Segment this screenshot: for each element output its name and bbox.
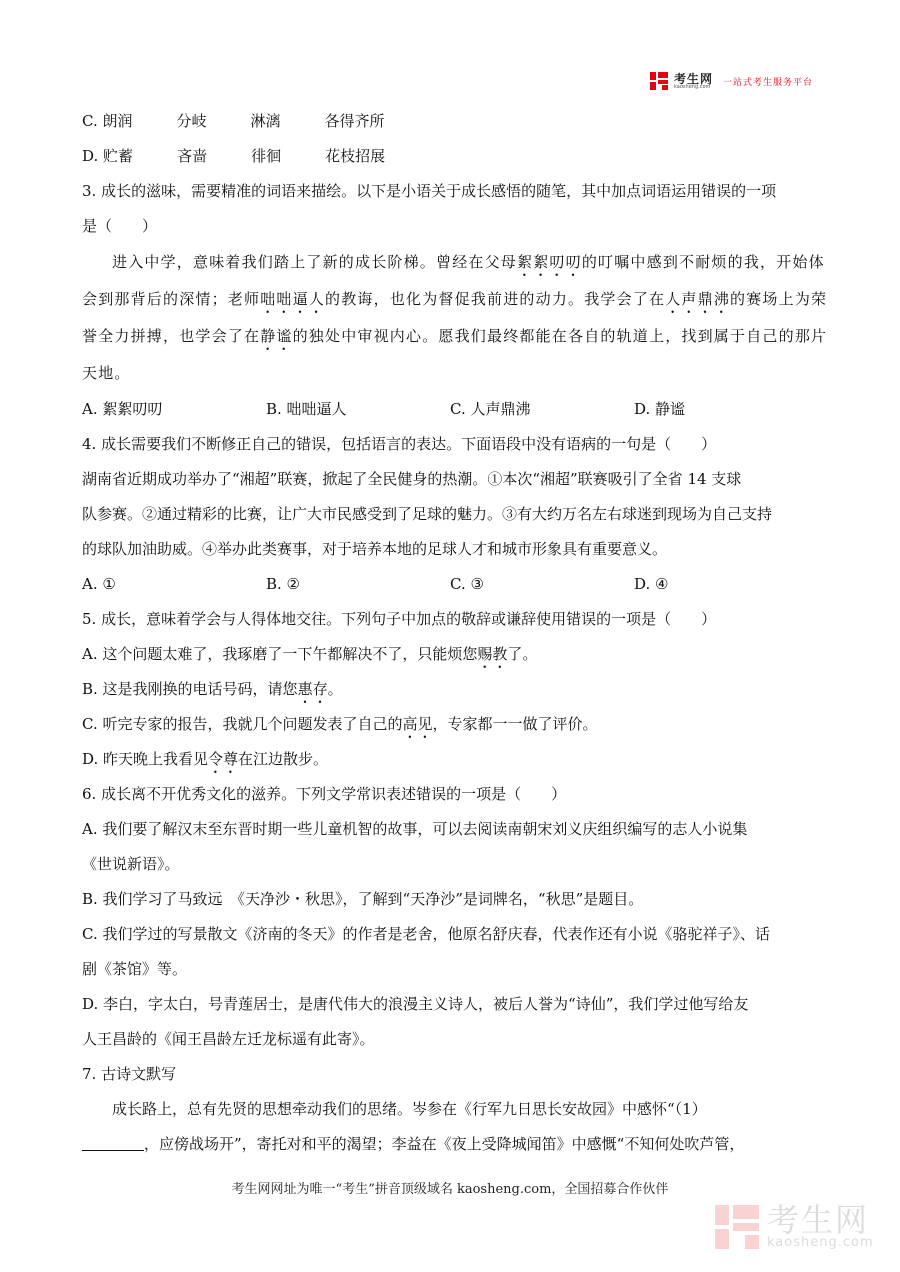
q6-option-d: D. 李白，字太白，号青莲居士，是唐代伟大的浪漫主义诗人，被后人誉为“诗仙”，我… <box>82 987 822 1022</box>
option-a: A. ① <box>82 567 266 602</box>
watermark-name: 考生网 <box>767 1204 874 1236</box>
q2-option-c: C. 朗润分岐淋漓各得齐所 <box>82 104 822 139</box>
dotted-word: 人声鼎沸 <box>665 290 730 308</box>
q3-stem: 3. 成长的滋味，需要精准的词语来描绘。以下是小语关于成长感悟的随笔，其中加点词… <box>82 174 822 209</box>
option-d: D. ④ <box>634 567 818 602</box>
q5-stem: 5. 成长，意味着学会与人得体地交往。下列句子中加点的敬辞或谦辞使用错误的一项是… <box>82 602 822 637</box>
q5-option-d: D. 昨天晚上我看见令尊在江边散步。 <box>82 742 822 777</box>
option-word: 花枝招展 <box>325 147 385 165</box>
q3-passage-line: 誉全力拼搏，也学会了在静谧的独处中审视内心。愿我们最终都能在各自的轨道上，找到属… <box>82 318 822 355</box>
q6-option-a: A. 我们要了解汉末至东晋时期一些儿童机智的故事，可以去阅读南朝宋刘义庆组织编写… <box>82 812 822 847</box>
dotted-word: 絮絮叨叨 <box>517 253 582 271</box>
q6-stem: 6. 成长离不开优秀文化的滋养。下列文学常识表述错误的一项是（ ） <box>82 777 822 812</box>
option-text: ，专家都一一做了评价。 <box>433 715 598 733</box>
option-text: C. 听完专家的报告，我就几个问题发表了自己的 <box>82 715 402 733</box>
watermark-domain: kaosheng.com <box>767 1236 874 1249</box>
passage-text: 的教诲，也化为督促我前进的动力。我学会了在 <box>325 290 665 308</box>
option-word: 贮蓄 <box>103 147 133 165</box>
q3-stem-cont: 是（ ） <box>82 209 822 244</box>
q6-option-c-cont: 剧《茶馆》等。 <box>82 952 822 987</box>
exam-content: C. 朗润分岐淋漓各得齐所 D. 贮蓄吝啬徘徊花枝招展 3. 成长的滋味，需要精… <box>82 104 822 1162</box>
passage-text: 的赛场上为荣 <box>730 290 827 308</box>
kaosheng-logo-icon <box>650 72 668 90</box>
option-b: B. ② <box>266 567 450 602</box>
dotted-word: 赐教 <box>477 645 507 663</box>
logo-text: 考生网 kaosheng.com <box>674 73 713 90</box>
q4-options: A. ① B. ② C. ③ D. ④ <box>82 567 822 602</box>
option-text: 在江边散步。 <box>238 750 328 768</box>
q6-option-d-cont: 人王昌龄的《闻王昌龄左迁龙标遥有此寄》。 <box>82 1022 822 1057</box>
q7-text: ，应傍战场开”，寄托对和平的渴望；李益在《夜上受降城闻笛》中感慨“不知何处吹芦管… <box>144 1135 744 1153</box>
q7-text-line: 成长路上，总有先贤的思想牵动我们的思绪。岑参在《行军九日思长安故园》中感怀“（1… <box>82 1092 822 1127</box>
option-word: 吝啬 <box>177 147 207 165</box>
q7-text-line: ，应傍战场开”，寄托对和平的渴望；李益在《夜上受降城闻笛》中感慨“不知何处吹芦管… <box>82 1127 822 1162</box>
passage-text: 的叮嘱中感到不耐烦的我，开始体 <box>582 253 825 271</box>
q5-option-b: B. 这是我刚换的电话号码，请您惠存。 <box>82 672 822 707</box>
passage-text: 进入中学，意味着我们踏上了新的成长阶梯。曾经在父母 <box>112 253 517 271</box>
passage-text: 的独处中审视内心。愿我们最终都能在各自的轨道上，找到属于自己的那片 <box>293 327 828 345</box>
dotted-word: 高见 <box>402 715 432 733</box>
option-word: 分岐 <box>177 112 207 130</box>
option-word: 徘徊 <box>251 147 281 165</box>
passage-text: 誉全力拼搏，也学会了在 <box>82 327 260 345</box>
q4-paragraph-line: 的球队加油助威。④举办此类赛事，对于培养本地的足球人才和城市形象具有重要意义。 <box>82 532 822 567</box>
option-text: A. 这个问题太难了，我琢磨了一下午都解决不了，只能烦您 <box>82 645 477 663</box>
q3-options: A. 絮絮叨叨 B. 咄咄逼人 C. 人声鼎沸 D. 静谧 <box>82 392 822 427</box>
option-text: D. 昨天晚上我看见 <box>82 750 208 768</box>
dotted-word: 惠存 <box>298 680 328 698</box>
q3-passage-line: 会到那背后的深情；老师咄咄逼人的教诲，也化为督促我前进的动力。我学会了在人声鼎沸… <box>82 281 822 318</box>
option-text: 了。 <box>507 645 537 663</box>
option-word: 各得齐所 <box>325 112 385 130</box>
kaosheng-watermark-icon <box>715 1205 759 1249</box>
option-b: B. 咄咄逼人 <box>266 392 450 427</box>
option-word: 淋漓 <box>251 112 281 130</box>
q6-option-a-cont: 《世说新语》。 <box>82 847 822 882</box>
q6-option-c: C. 我们学过的写景散文《济南的冬天》的作者是老舍，他原名舒庆春，代表作还有小说… <box>82 917 822 952</box>
watermark-text: 考生网 kaosheng.com <box>767 1204 874 1249</box>
q3-passage-line: 进入中学，意味着我们踏上了新的成长阶梯。曾经在父母絮絮叨叨的叮嘱中感到不耐烦的我… <box>82 244 822 281</box>
option-a: A. 絮絮叨叨 <box>82 392 266 427</box>
logo-domain: kaosheng.com <box>674 85 713 90</box>
option-c: C. 人声鼎沸 <box>450 392 634 427</box>
logo-name: 考生网 <box>674 73 713 85</box>
q4-paragraph-line: 队参赛。②通过精彩的比赛，让广大市民感受到了足球的魅力。③有大约万名左右球迷到现… <box>82 497 822 532</box>
q4-stem: 4. 成长需要我们不断修正自己的错误，包括语言的表达。下面语段中没有语病的一句是… <box>82 427 822 462</box>
option-d: D. 静谧 <box>634 392 818 427</box>
option-text: 。 <box>328 680 343 698</box>
option-label: C. <box>82 112 98 130</box>
watermark-logo: 考生网 kaosheng.com <box>715 1204 874 1249</box>
q7-title: 7. 古诗文默写 <box>82 1057 822 1092</box>
option-text: B. 这是我刚换的电话号码，请您 <box>82 680 298 698</box>
dotted-word: 静谧 <box>260 327 292 345</box>
option-label: D. <box>82 147 98 165</box>
q5-option-a: A. 这个问题太难了，我琢磨了一下午都解决不了，只能烦您赐教了。 <box>82 637 822 672</box>
q6-option-b: B. 我们学习了马致远 《天净沙・秋思》，了解到“天净沙”是词牌名，“秋思”是题… <box>82 882 822 917</box>
logo-slogan: 一站式考生服务平台 <box>723 75 813 88</box>
header-logo: 考生网 kaosheng.com 一站式考生服务平台 <box>650 70 813 92</box>
q2-option-d: D. 贮蓄吝啬徘徊花枝招展 <box>82 139 822 174</box>
page-footer: 考生网网址为唯一“考生”拼音顶级域名 kaosheng.com，全国招募合作伙伴 <box>0 1178 900 1197</box>
q3-passage-line: 天地。 <box>82 355 822 392</box>
dotted-word: 咄咄逼人 <box>260 290 325 308</box>
fill-in-blank[interactable] <box>82 1134 144 1151</box>
q4-paragraph-line: 湖南省近期成功举办了“湘超”联赛，掀起了全民健身的热潮。①本次“湘超”联赛吸引了… <box>82 462 822 497</box>
q5-option-c: C. 听完专家的报告，我就几个问题发表了自己的高见，专家都一一做了评价。 <box>82 707 822 742</box>
dotted-word: 令尊 <box>208 750 238 768</box>
option-c: C. ③ <box>450 567 634 602</box>
option-word: 朗润 <box>103 112 133 130</box>
passage-text: 会到那背后的深情；老师 <box>82 290 260 308</box>
